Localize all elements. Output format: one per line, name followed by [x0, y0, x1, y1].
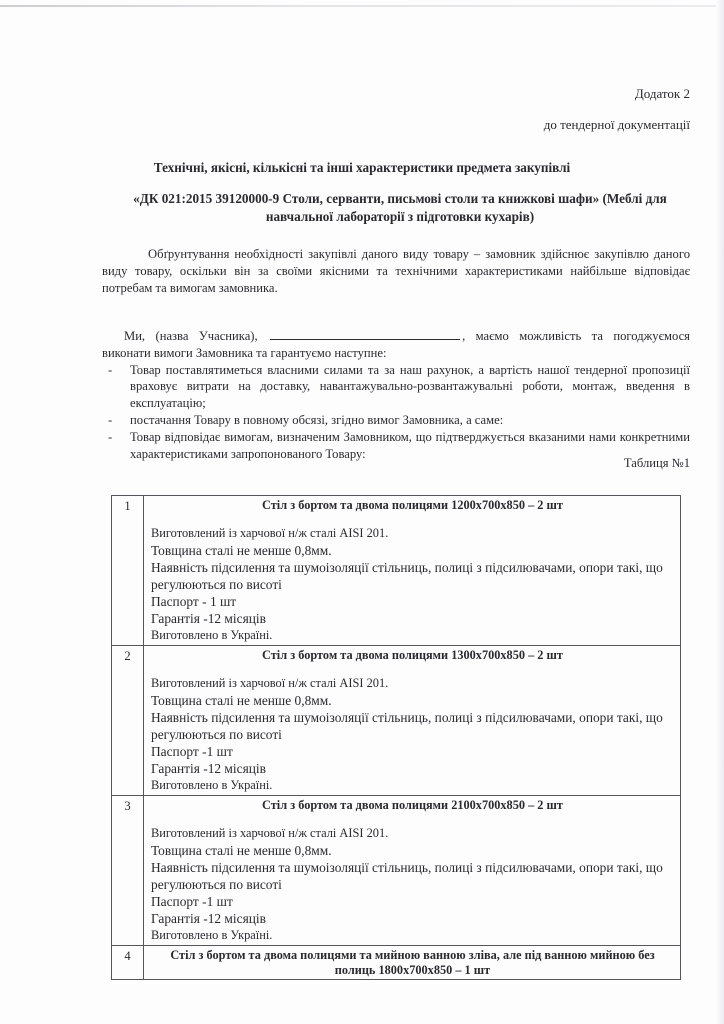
- spec-line: Паспорт -1 шт: [151, 893, 680, 910]
- table-row: 4 Стіл з бортом та двома полицями та мий…: [112, 946, 681, 980]
- spec-line: Товщина сталі не менше 0,8мм.: [151, 692, 680, 709]
- scan-edge-top: [0, 5, 724, 7]
- table-row: 1 Стіл з бортом та двома полицями 1200х7…: [112, 496, 681, 646]
- spec-line: Наявність підсилення та шумоізоляції сті…: [151, 709, 680, 743]
- document-title: Технічні, якісні, кількісні та інші хара…: [0, 160, 724, 176]
- guarantee-list: -Товар поставлятиметься власними силами …: [102, 362, 690, 463]
- row-description: Стіл з бортом та двома полицями 1200х700…: [144, 496, 681, 646]
- spec-line: Гарантія -12 місяців: [151, 910, 680, 927]
- row-number: 4: [112, 946, 144, 980]
- item-specs: Виготовлений із харчової н/ж сталі AISI …: [151, 825, 680, 944]
- participant-name-blank[interactable]: [270, 328, 460, 340]
- document-subtitle: «ДК 021:2015 39120000-9 Столи, серванти,…: [110, 190, 690, 226]
- spec-line: Виготовлено в Україні.: [151, 777, 680, 794]
- spec-line: Товщина сталі не менше 0,8мм.: [151, 842, 680, 859]
- item-title: Стіл з бортом та двома полицями 1200х700…: [151, 498, 680, 513]
- item-specs: Виготовлений із харчової н/ж сталі AISI …: [151, 525, 680, 644]
- spec-line: Виготовлений із харчової н/ж сталі AISI …: [151, 675, 680, 692]
- bullet-dash: -: [108, 362, 112, 379]
- guarantee-item: -постачання Товару в повному обсязі, згі…: [102, 412, 690, 429]
- spec-line: Наявність підсилення та шумоізоляції сті…: [151, 559, 680, 593]
- scan-edge-right: [716, 0, 724, 1024]
- spec-line: Виготовлено в Україні.: [151, 627, 680, 644]
- table-row: 3 Стіл з бортом та двома полицями 2100х7…: [112, 796, 681, 946]
- bullet-dash: -: [108, 429, 112, 446]
- table-row: 2 Стіл з бортом та двома полицями 1300х7…: [112, 646, 681, 796]
- guarantee-item-text: Товар відповідає вимогам, визначеним Зам…: [130, 430, 690, 461]
- spec-line: Паспорт -1 шт: [151, 743, 680, 760]
- intro-before-blank: Ми, (назва Учасника),: [124, 329, 258, 343]
- item-title: Стіл з бортом та двома полицями та мийно…: [151, 948, 680, 978]
- bullet-dash: -: [108, 412, 112, 429]
- guarantee-item-text: постачання Товару в повному обсязі, згід…: [130, 413, 503, 427]
- guarantee-item: -Товар поставлятиметься власними силами …: [102, 362, 690, 412]
- guarantee-item-text: Товар поставлятиметься власними силами т…: [130, 363, 690, 411]
- justification-paragraph: Обґрунтування необхідності закупівлі дан…: [102, 246, 690, 296]
- item-title: Стіл з бортом та двома полицями 2100х700…: [151, 798, 680, 813]
- row-number: 3: [112, 796, 144, 946]
- item-specs: Виготовлений із харчової н/ж сталі AISI …: [151, 675, 680, 794]
- row-description: Стіл з бортом та двома полицями 1300х700…: [144, 646, 681, 796]
- spec-line: Гарантія -12 місяців: [151, 760, 680, 777]
- item-title: Стіл з бортом та двома полицями 1300х700…: [151, 648, 680, 663]
- spec-line: Паспорт - 1 шт: [151, 593, 680, 610]
- spec-line: Наявність підсилення та шумоізоляції сті…: [151, 859, 680, 893]
- guarantee-section: Ми, (назва Учасника), , маємо можливість…: [102, 328, 690, 462]
- row-number: 2: [112, 646, 144, 796]
- spec-line: Виготовлено в Україні.: [151, 927, 680, 944]
- spec-line: Виготовлений із харчової н/ж сталі AISI …: [151, 825, 680, 842]
- row-number: 1: [112, 496, 144, 646]
- row-description: Стіл з бортом та двома полицями та мийно…: [144, 946, 681, 980]
- spec-line: Гарантія -12 місяців: [151, 610, 680, 627]
- guarantee-item: -Товар відповідає вимогам, визначеним За…: [102, 429, 690, 463]
- spec-line: Товщина сталі не менше 0,8мм.: [151, 542, 680, 559]
- row-description: Стіл з бортом та двома полицями 2100х700…: [144, 796, 681, 946]
- table-label: Таблиця №1: [624, 456, 690, 471]
- spec-line: Виготовлений із харчової н/ж сталі AISI …: [151, 525, 680, 542]
- specification-table: 1 Стіл з бортом та двома полицями 1200х7…: [111, 495, 681, 980]
- annex-title: Додаток 2: [635, 86, 690, 102]
- annex-subtitle: до тендерної документації: [544, 117, 690, 133]
- guarantee-intro: Ми, (назва Учасника), , маємо можливість…: [102, 328, 690, 362]
